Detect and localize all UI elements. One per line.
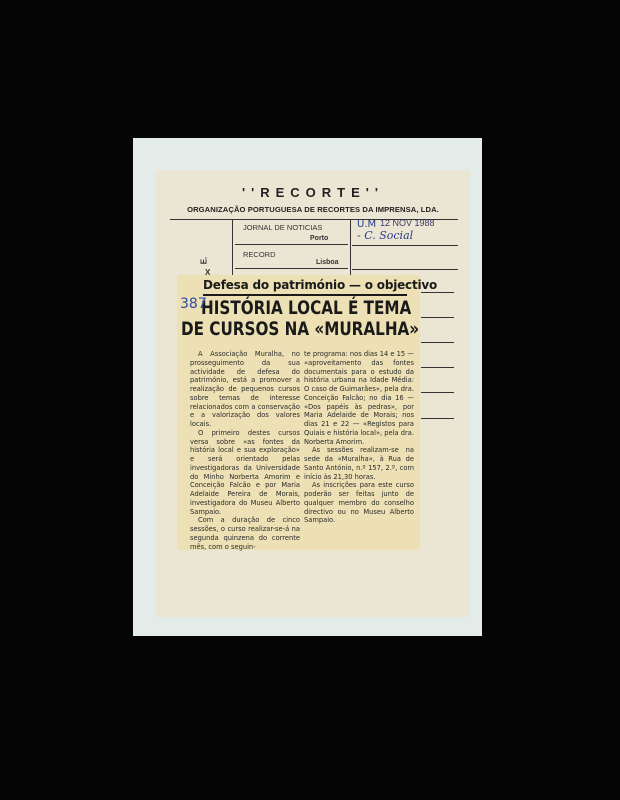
article-column-1: A Associação Muralha, no prosseguimento … <box>190 350 300 551</box>
form-line <box>421 367 454 368</box>
article-kicker: Defesa do património — o objectivo <box>203 278 437 292</box>
paragraph: As sessões realizam-se na sede da «Mural… <box>304 446 414 481</box>
agency-title: ''RECORTE'' <box>156 185 470 200</box>
paragraph: A Associação Muralha, no prosseguimento … <box>190 350 300 429</box>
article-column-2: te programa: nos dias 14 e 15 — «aprovei… <box>304 350 414 525</box>
source-city: Lisboa <box>316 259 339 266</box>
form-line <box>421 392 454 393</box>
headline-line-1: HISTÓRIA LOCAL É TEMA <box>181 298 370 319</box>
form-line <box>421 418 454 419</box>
headline-line-2: DE CURSOS NA «MURALHA» <box>181 319 370 340</box>
stamp-rule <box>352 245 458 246</box>
agency-subtitle: ORGANIZAÇÃO PORTUGUESA DE RECORTES DA IM… <box>156 205 470 214</box>
handwritten-note: - C. Social <box>357 229 413 242</box>
source-name: JORNAL DE NOTICIAS <box>243 223 322 232</box>
paragraph: O primeiro destes cursos versa sobre «as… <box>190 429 300 517</box>
form-line <box>421 292 454 293</box>
kicker-rule <box>203 294 407 296</box>
paragraph: As inscrições para este curso poderão se… <box>304 481 414 525</box>
side-mark: E. <box>199 257 208 265</box>
stamp-date: 12 NOV 1988 <box>380 218 435 228</box>
form-divider-left <box>232 220 233 278</box>
stamp-rule <box>352 269 458 270</box>
form-line <box>421 317 454 318</box>
source-name: RECORD <box>243 250 276 259</box>
form-divider-right <box>350 220 351 278</box>
article-headline: HISTÓRIA LOCAL É TEMA DE CURSOS NA «MURA… <box>181 298 370 340</box>
source-rule <box>235 244 348 245</box>
form-line <box>421 342 454 343</box>
paragraph: Com a duração de cinco sessões, o curso … <box>190 516 300 551</box>
handwritten-number: 387 <box>180 296 207 312</box>
source-city: Porto <box>310 235 328 242</box>
source-rule <box>235 268 348 269</box>
paragraph: te programa: nos dias 14 e 15 — «aprovei… <box>304 350 414 446</box>
